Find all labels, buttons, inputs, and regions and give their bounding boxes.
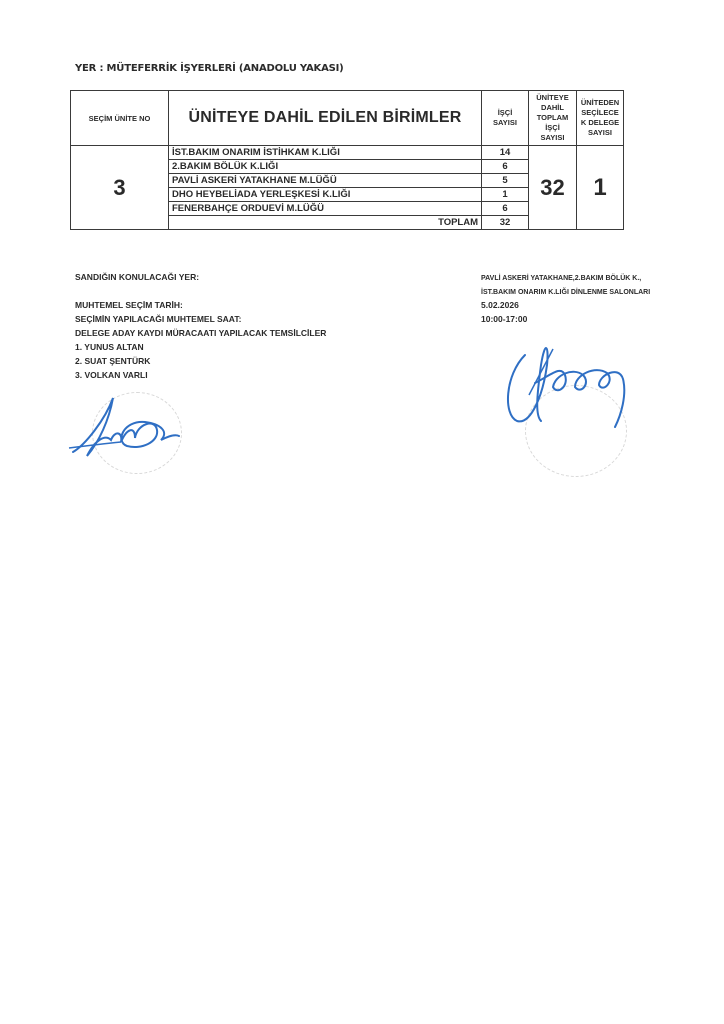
unit-name: DHO HEYBELİADA YERLEŞKESİ K.LIĞI — [169, 188, 482, 202]
date-label: MUHTEMEL SEÇİM TARİH: — [75, 298, 326, 312]
table-header-row: SEÇİM ÜNİTE NO ÜNİTEYE DAHİL EDİLEN BİRİ… — [71, 91, 624, 146]
unit-name: PAVLİ ASKERİ YATAKHANE M.LÜĞÜ — [169, 174, 482, 188]
location-heading: YER : MÜTEFERRİK İŞYERLERİ (ANADOLU YAKA… — [75, 63, 344, 74]
election-info: SANDIĞIN KONULACAĞI YER: MUHTEMEL SEÇİM … — [75, 270, 326, 382]
election-date: 5.02.2026 — [481, 299, 650, 313]
ballot-location-line2: İST.BAKIM ONARIM K.LIĞI DİNLENME SALONLA… — [481, 286, 650, 300]
election-time: 10:00-17:00 — [481, 313, 650, 327]
table-row: 3 İST.BAKIM ONARIM İSTİHKAM K.LIĞI 14 32… — [71, 146, 624, 160]
representative-item: 3. VOLKAN VARLI — [75, 368, 326, 382]
worker-count: 6 — [482, 160, 529, 174]
delegate-count: 1 — [577, 146, 624, 230]
worker-count: 1 — [482, 188, 529, 202]
worker-count: 5 — [482, 174, 529, 188]
header-unit-no: SEÇİM ÜNİTE NO — [71, 91, 169, 146]
representative-item: 1. YUNUS ALTAN — [75, 340, 326, 354]
unit-name: 2.BAKIM BÖLÜK K.LIĞI — [169, 160, 482, 174]
header-delegate-count: ÜNİTEDEN SEÇİLECE K DELEGE SAYISI — [577, 91, 624, 146]
unit-name: İST.BAKIM ONARIM İSTİHKAM K.LIĞI — [169, 146, 482, 160]
total-count: 32 — [482, 216, 529, 230]
header-total-workers: ÜNİTEYE DAHİL TOPLAM İŞÇİ SAYISI — [529, 91, 577, 146]
worker-count: 6 — [482, 202, 529, 216]
time-label: SEÇİMİN YAPILACAĞI MUHTEMEL SAAT: — [75, 312, 326, 326]
unit-number: 3 — [71, 146, 169, 230]
representatives-label: DELEGE ADAY KAYDI MÜRACAATI YAPILACAK TE… — [75, 326, 326, 340]
signature-left-icon — [65, 390, 185, 470]
header-worker-count: İŞÇİ SAYISI — [482, 91, 529, 146]
unit-total-workers: 32 — [529, 146, 577, 230]
signature-right-icon — [495, 335, 645, 435]
representative-item: 2. SUAT ŞENTÜRK — [75, 354, 326, 368]
header-units: ÜNİTEYE DAHİL EDİLEN BİRİMLER — [169, 91, 482, 146]
worker-count: 14 — [482, 146, 529, 160]
ballot-location-line1: PAVLİ ASKERİ YATAKHANE,2.BAKIM BÖLÜK K., — [481, 272, 650, 286]
unit-name: FENERBAHÇE ORDUEVİ M.LÜĞÜ — [169, 202, 482, 216]
election-unit-table: SEÇİM ÜNİTE NO ÜNİTEYE DAHİL EDİLEN BİRİ… — [70, 90, 624, 230]
ballot-location-label: SANDIĞIN KONULACAĞI YER: — [75, 270, 326, 284]
election-values: PAVLİ ASKERİ YATAKHANE,2.BAKIM BÖLÜK K.,… — [481, 272, 650, 326]
total-label: TOPLAM — [169, 216, 482, 230]
